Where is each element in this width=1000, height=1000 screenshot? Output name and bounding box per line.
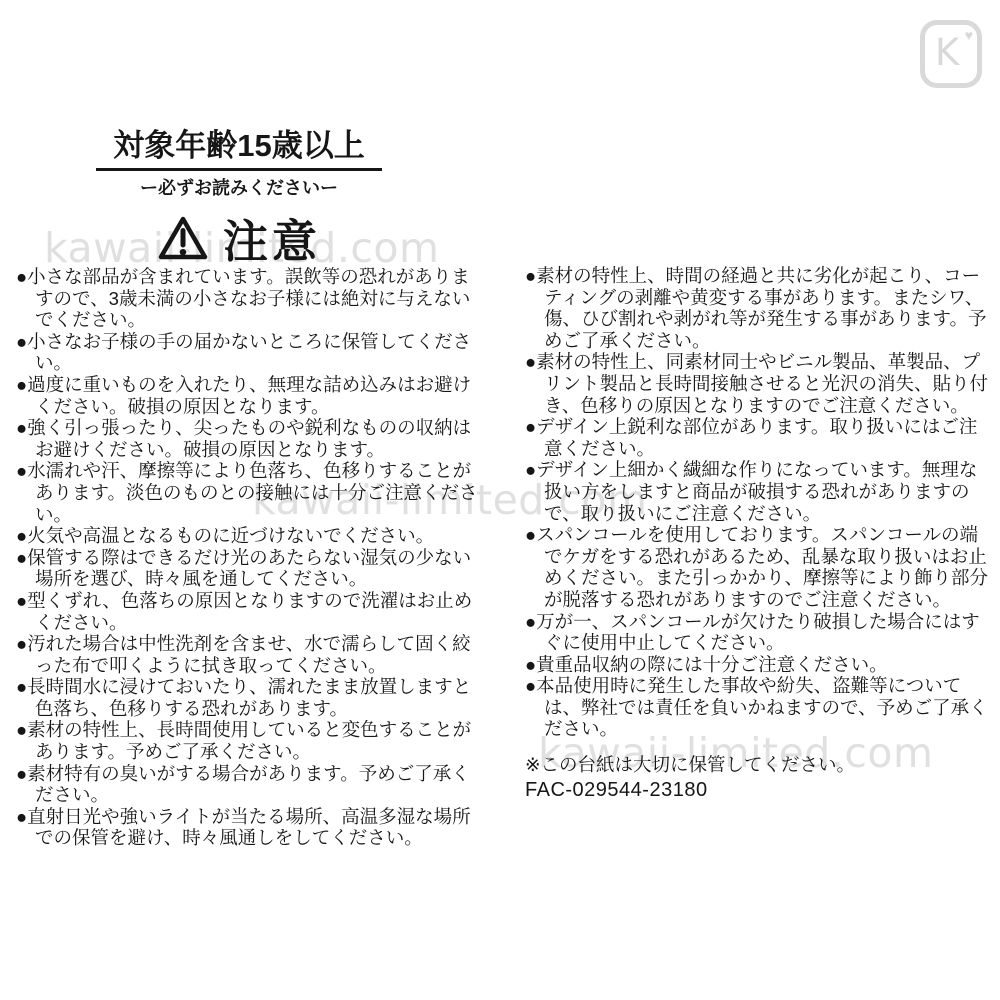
warning-triangle-icon <box>157 214 209 262</box>
left-column: ●小さな部品が含まれています。誤飲等の恐れがありますので、3歳未満の小さなお子様… <box>16 266 484 849</box>
caution-item: ●素材の特性上、時間の経過と共に劣化が起こり、コーティングの剥離や黄変する事があ… <box>525 265 993 351</box>
caution-item: ●水濡れや汗、摩擦等により色落ち、色移りすることがあります。淡色のものとの接触に… <box>16 460 484 525</box>
caution-item: ●強く引っ張ったり、尖ったものや鋭利なものの収納はお避けください。破損の原因とな… <box>16 417 484 460</box>
caution-item: ●素材特有の臭いがする場合があります。予めご了承ください。 <box>16 763 484 806</box>
right-column: ●素材の特性上、時間の経過と共に劣化が起こり、コーティングの剥離や黄変する事があ… <box>525 265 993 801</box>
heart-icon: ♥ <box>965 28 973 42</box>
caution-item: ●デザイン上鋭利な部位があります。取り扱いにはご注意ください。 <box>525 416 993 459</box>
caution-item: ●素材の特性上、同素材同士やビニル製品、革製品、プリント製品と長時間接触させると… <box>525 351 993 416</box>
caution-item: ●直射日光や強いライトが当たる場所、高温多湿な場所での保管を避け、時々風通しをし… <box>16 806 484 849</box>
caution-item: ●万が一、スパンコールが欠けたり破損した場合にはすぐに使用中止してください。 <box>525 611 993 654</box>
caution-item: ●小さな部品が含まれています。誤飲等の恐れがありますので、3歳未満の小さなお子様… <box>16 266 484 331</box>
caution-item: ●貴重品収納の際には十分ご注意ください。 <box>525 654 993 676</box>
caution-item: ●保管する際はできるだけ光のあたらない湿気の少ない場所を選び、時々風を通してくだ… <box>16 547 484 590</box>
caution-heading: 注意 <box>96 205 382 270</box>
age-restriction-title: 対象年齢15歳以上 <box>96 120 382 171</box>
must-read-notice: ー必ずお読みくださいー <box>96 174 382 200</box>
caution-item: ●汚れた場合は中性洗剤を含ませ、水で濡らして固く絞った布で叩くように拭き取ってく… <box>16 633 484 676</box>
caution-item: ●素材の特性上、長時間使用していると変色することがあります。予めご了承ください。 <box>16 719 484 762</box>
caution-item: ●過度に重いものを入れたり、無理な詰め込みはお避けください。破損の原因となります… <box>16 374 484 417</box>
caution-item: ●長時間水に浸けておいたり、濡れたまま放置しますと色落ち、色移りする恐れがありま… <box>16 676 484 719</box>
caution-item: ●小さなお子様の手の届かないところに保管してください。 <box>16 331 484 374</box>
caution-item: ●火気や高温となるものに近づけないでください。 <box>16 525 484 547</box>
header: 対象年齢15歳以上 ー必ずお読みくださいー 注意 <box>96 120 382 270</box>
caution-title: 注意 <box>223 205 321 270</box>
caution-item: ●デザイン上細かく繊細な作りになっています。無理な扱い方をしますと商品が破損する… <box>525 459 993 524</box>
caution-item: ●型くずれ、色落ちの原因となりますので洗濯はお止めください。 <box>16 590 484 633</box>
caution-item: ●スパンコールを使用しております。スパンコールの端でケガをする恐れがあるため、乱… <box>525 524 993 610</box>
product-code: FAC-029544-23180 <box>525 780 993 802</box>
kawaii-limited-logo: K ♥ <box>920 20 982 88</box>
caution-item: ●本品使用時に発生した事故や紛失、盗難等については、弊社では責任を負いかねますの… <box>525 675 993 740</box>
logo-letter-k: K <box>935 34 959 71</box>
keep-card-note: ※この台紙は大切に保管してください。 <box>525 754 993 776</box>
